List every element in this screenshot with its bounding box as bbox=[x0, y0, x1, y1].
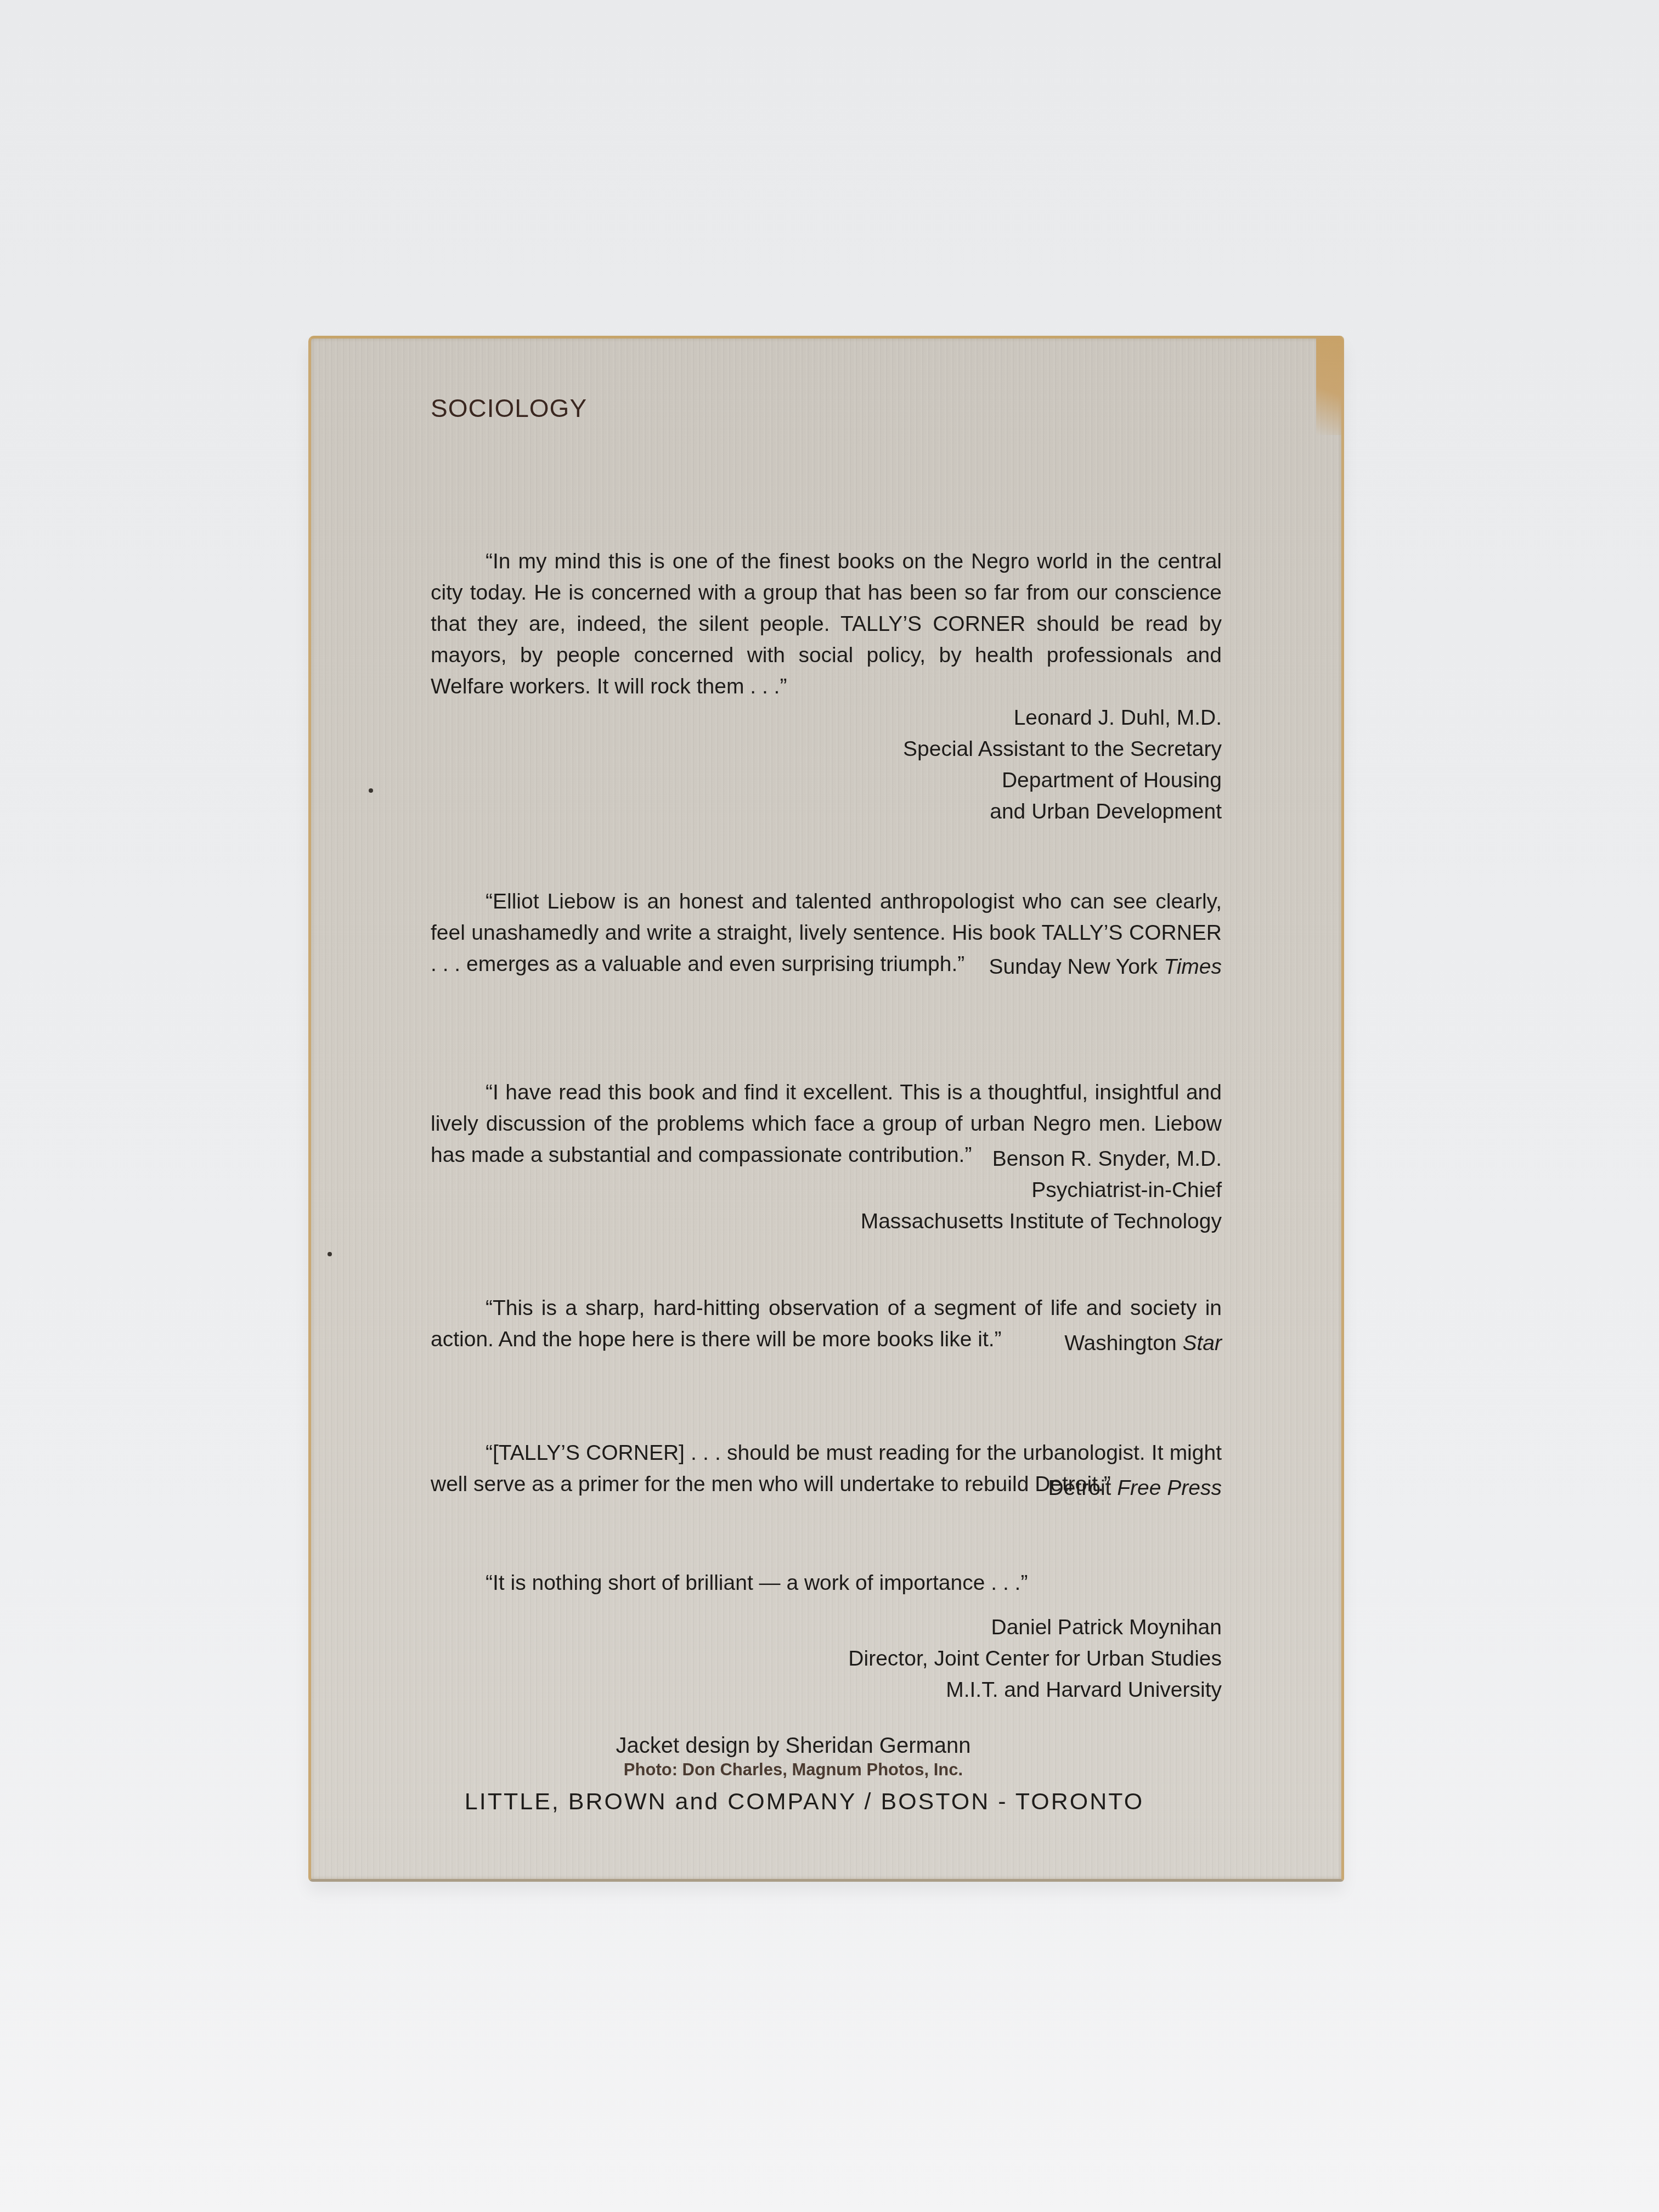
publisher-imprint: LITTLE, BROWN and COMPANY / BOSTON - TOR… bbox=[267, 1787, 1341, 1816]
blurb-attribution-org: and Urban Development bbox=[431, 796, 1222, 827]
blurb-attribution-title: Special Assistant to the Secretary bbox=[431, 733, 1222, 765]
credits-block: Jacket design by Sheridan Germann Photo:… bbox=[311, 1732, 1341, 1816]
blurb-duhl: “In my mind this is one of the finest bo… bbox=[431, 546, 1222, 827]
attribution-text: Sunday New York bbox=[989, 955, 1164, 979]
blurb-snyder: “I have read this book and find it excel… bbox=[431, 1077, 1222, 1237]
blurb-washington-star: “This is a sharp, hard-hitting observati… bbox=[431, 1293, 1222, 1359]
worn-corner bbox=[1316, 336, 1344, 435]
blemish-mark bbox=[369, 788, 373, 793]
blurb-attribution-name: Leonard J. Duhl, M.D. bbox=[431, 702, 1222, 733]
attribution-text: Detroit bbox=[1048, 1476, 1118, 1500]
category-label: SOCIOLOGY bbox=[431, 393, 587, 423]
blurb-nyt: “Elliot Liebow is an honest and talented… bbox=[431, 886, 1222, 983]
blurb-moynihan: “It is nothing short of brilliant — a wo… bbox=[486, 1567, 1222, 1706]
blurb-attribution-org: Massachusetts Institute of Technology bbox=[431, 1206, 1222, 1237]
blurb-quote: “It is nothing short of brilliant — a wo… bbox=[486, 1567, 1222, 1599]
attribution-publication: Times bbox=[1164, 955, 1222, 979]
attribution-publication: Free Press bbox=[1117, 1476, 1222, 1500]
book-back-cover: SOCIOLOGY “In my mind this is one of the… bbox=[308, 336, 1344, 1882]
attribution-text: Washington bbox=[1064, 1331, 1182, 1355]
blurb-attribution-org: Department of Housing bbox=[431, 765, 1222, 796]
blurb-detroit-free-press: “[TALLY’S CORNER] . . . should be must r… bbox=[431, 1437, 1222, 1504]
attribution-publication: Star bbox=[1182, 1331, 1222, 1355]
blurb-quote: “In my mind this is one of the finest bo… bbox=[431, 546, 1222, 702]
jacket-design-credit: Jacket design by Sheridan Germann bbox=[245, 1732, 1341, 1759]
photo-credit: Photo: Don Charles, Magnum Photos, Inc. bbox=[245, 1759, 1341, 1780]
blurb-attribution-title: Psychiatrist-in-Chief bbox=[431, 1175, 1222, 1206]
blurb-attribution-name: Daniel Patrick Moynihan bbox=[486, 1612, 1222, 1643]
blurb-attribution-org: M.I.T. and Harvard University bbox=[486, 1674, 1222, 1706]
blemish-mark bbox=[328, 1252, 332, 1256]
blurb-attribution-title: Director, Joint Center for Urban Studies bbox=[486, 1643, 1222, 1674]
